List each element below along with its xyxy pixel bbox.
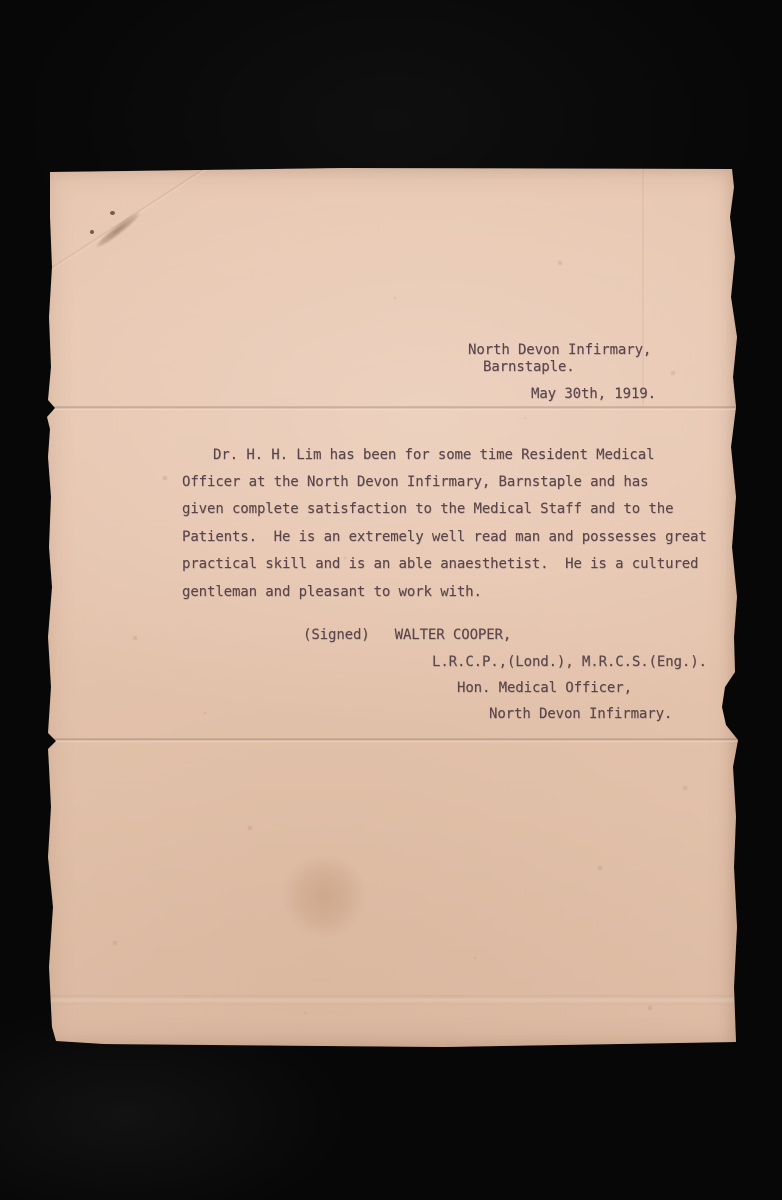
ink-smudge <box>72 187 163 273</box>
smudge-dot <box>90 230 94 234</box>
body-line: given complete satisfaction to the Medic… <box>182 501 673 517</box>
body-line: practical skill and is an able anaesthet… <box>182 556 698 572</box>
letterhead-line-1: North Devon Infirmary, <box>468 342 651 358</box>
signature-line-credentials: L.R.C.P.,(Lond.), M.R.C.S.(Eng.). <box>432 654 707 670</box>
body-line: Dr. H. H. Lim has been for some time Res… <box>213 447 654 463</box>
paper-stain <box>284 857 364 943</box>
vertical-crease <box>642 167 644 406</box>
smudge-dot <box>110 211 115 215</box>
signature-line-signed: (Signed) WALTER COOPER, <box>303 627 511 643</box>
signature-line-title: Hon. Medical Officer, <box>457 680 632 696</box>
date-line: May 30th, 1919. <box>531 386 656 402</box>
letter-photograph: North Devon Infirmary, Barnstaple. May 3… <box>0 0 782 1200</box>
fold-line-top <box>44 406 738 410</box>
body-line: Patients. He is an extremely well read m… <box>182 529 707 545</box>
bottom-crease <box>44 995 738 1005</box>
paper-speckles <box>44 167 46 169</box>
letterhead-line-2: Barnstaple. <box>483 359 575 375</box>
letter-paper <box>44 167 738 1047</box>
signature-line-institution: North Devon Infirmary. <box>489 706 672 722</box>
fold-line-bottom <box>44 738 738 742</box>
body-line: Officer at the North Devon Infirmary, Ba… <box>182 474 648 490</box>
body-line: gentleman and pleasant to work with. <box>182 584 482 600</box>
